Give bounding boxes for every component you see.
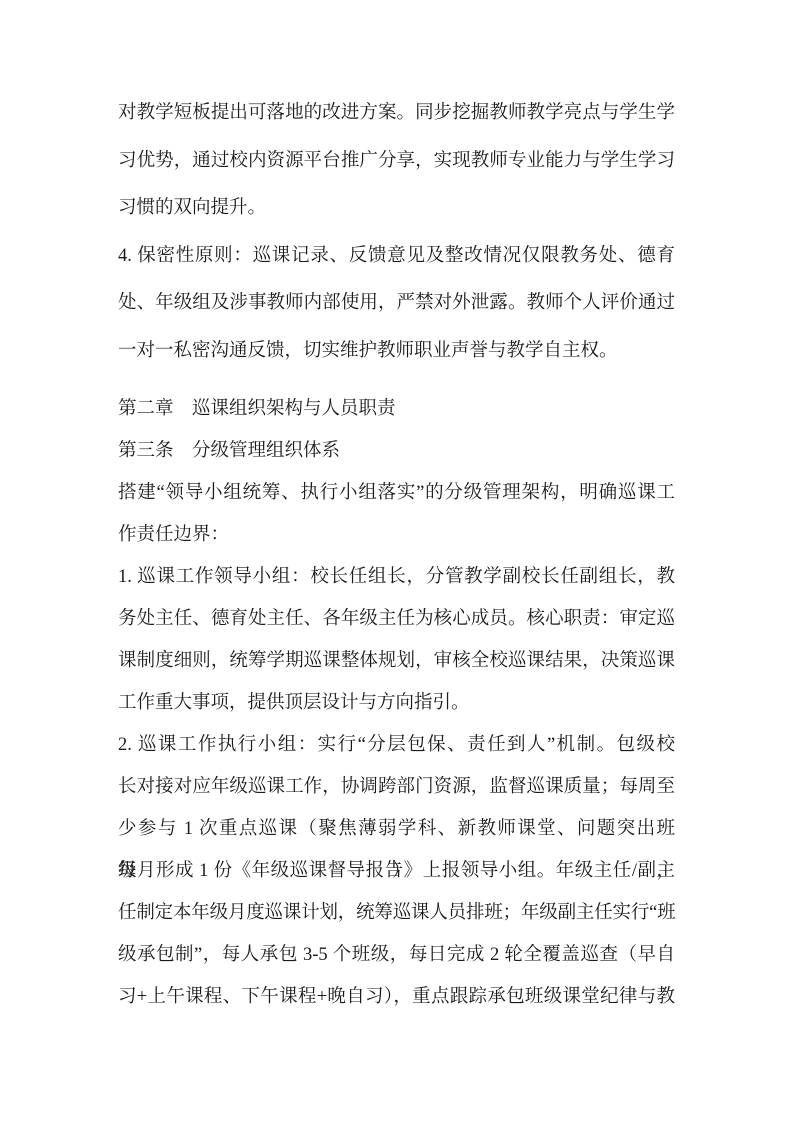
text-line: 级承包制”，每人承包 3-5 个班级，每日完成 2 轮全覆盖巡查（早自 (118, 934, 675, 976)
text-line: 作责任边界： (118, 514, 675, 556)
paragraph-item-1-leading-group: 1. 巡课工作领导小组：校长任组长，分管教学副校长任副组长，教 务处主任、德育处… (118, 556, 675, 724)
text-area: 对教学短板提出可落地的改进方案。同步挖掘教师教学亮点与学生学 习优势，通过校内资… (118, 90, 675, 1018)
text-line: 长对接对应年级巡课工作，协调跨部门资源，监督巡课质量；每周至 (118, 766, 675, 808)
text-line: 任制定本年级月度巡课计划，统筹巡课人员排班；年级副主任实行“班 (118, 892, 675, 934)
text-line: 每月形成 1 份《年级巡课督导报告》上报领导小组。年级主任/副主 (118, 850, 675, 892)
text-line: 习惯的双向提升。 (118, 185, 675, 233)
chapter-2-heading: 第二章 巡课组织架构与人员职责 (118, 388, 675, 430)
text-line: 一对一私密沟通反馈，切实维护教师职业声誉与教学自主权。 (118, 328, 675, 376)
text-line: 工作重大事项，提供顶层设计与方向指引。 (118, 682, 675, 724)
upper-text-block: 对教学短板提出可落地的改进方案。同步挖掘教师教学亮点与学生学 习优势，通过校内资… (118, 90, 675, 376)
paragraph-intro: 搭建“领导小组统筹、执行小组落实”的分级管理架构，明确巡课工 作责任边界： (118, 472, 675, 556)
text-line: 2. 巡课工作执行小组：实行“分层包保、责任到人”机制。包级校 (118, 724, 675, 766)
heading-line: 第三条 分级管理组织体系 (118, 430, 675, 472)
text-line: 习优势，通过校内资源平台推广分享，实现教师专业能力与学生学习 (118, 138, 675, 186)
text-line: 搭建“领导小组统筹、执行小组落实”的分级管理架构，明确巡课工 (118, 472, 675, 514)
text-line: 少参与 1 次重点巡课（聚焦薄弱学科、新教师课堂、问题突出班级）， (118, 808, 675, 850)
article-3-heading: 第三条 分级管理组织体系 (118, 430, 675, 472)
lower-text-block: 第二章 巡课组织架构与人员职责 第三条 分级管理组织体系 搭建“领导小组统筹、执… (118, 388, 675, 1018)
text-line: 1. 巡课工作领导小组：校长任组长，分管教学副校长任副组长，教 (118, 556, 675, 598)
paragraph-continuation: 对教学短板提出可落地的改进方案。同步挖掘教师教学亮点与学生学 习优势，通过校内资… (118, 90, 675, 233)
text-line: 课制度细则，统筹学期巡课整体规划，审核全校巡课结果，决策巡课 (118, 640, 675, 682)
text-line: 务处主任、德育处主任、各年级主任为核心成员。核心职责：审定巡 (118, 598, 675, 640)
paragraph-item-4-confidentiality: 4. 保密性原则：巡课记录、反馈意见及整改情况仅限教务处、德育 处、年级组及涉事… (118, 233, 675, 376)
document-page: 对教学短板提出可落地的改进方案。同步挖掘教师教学亮点与学生学 习优势，通过校内资… (0, 0, 793, 1122)
text-line: 对教学短板提出可落地的改进方案。同步挖掘教师教学亮点与学生学 (118, 90, 675, 138)
text-line: 4. 保密性原则：巡课记录、反馈意见及整改情况仅限教务处、德育 (118, 233, 675, 281)
heading-line: 第二章 巡课组织架构与人员职责 (118, 388, 675, 430)
text-line: 处、年级组及涉事教师内部使用，严禁对外泄露。教师个人评价通过 (118, 280, 675, 328)
text-line: 习+上午课程、下午课程+晚自习），重点跟踪承包班级课堂纪律与教 (118, 976, 675, 1018)
paragraph-item-2-executive-group: 2. 巡课工作执行小组：实行“分层包保、责任到人”机制。包级校 长对接对应年级巡… (118, 724, 675, 1018)
